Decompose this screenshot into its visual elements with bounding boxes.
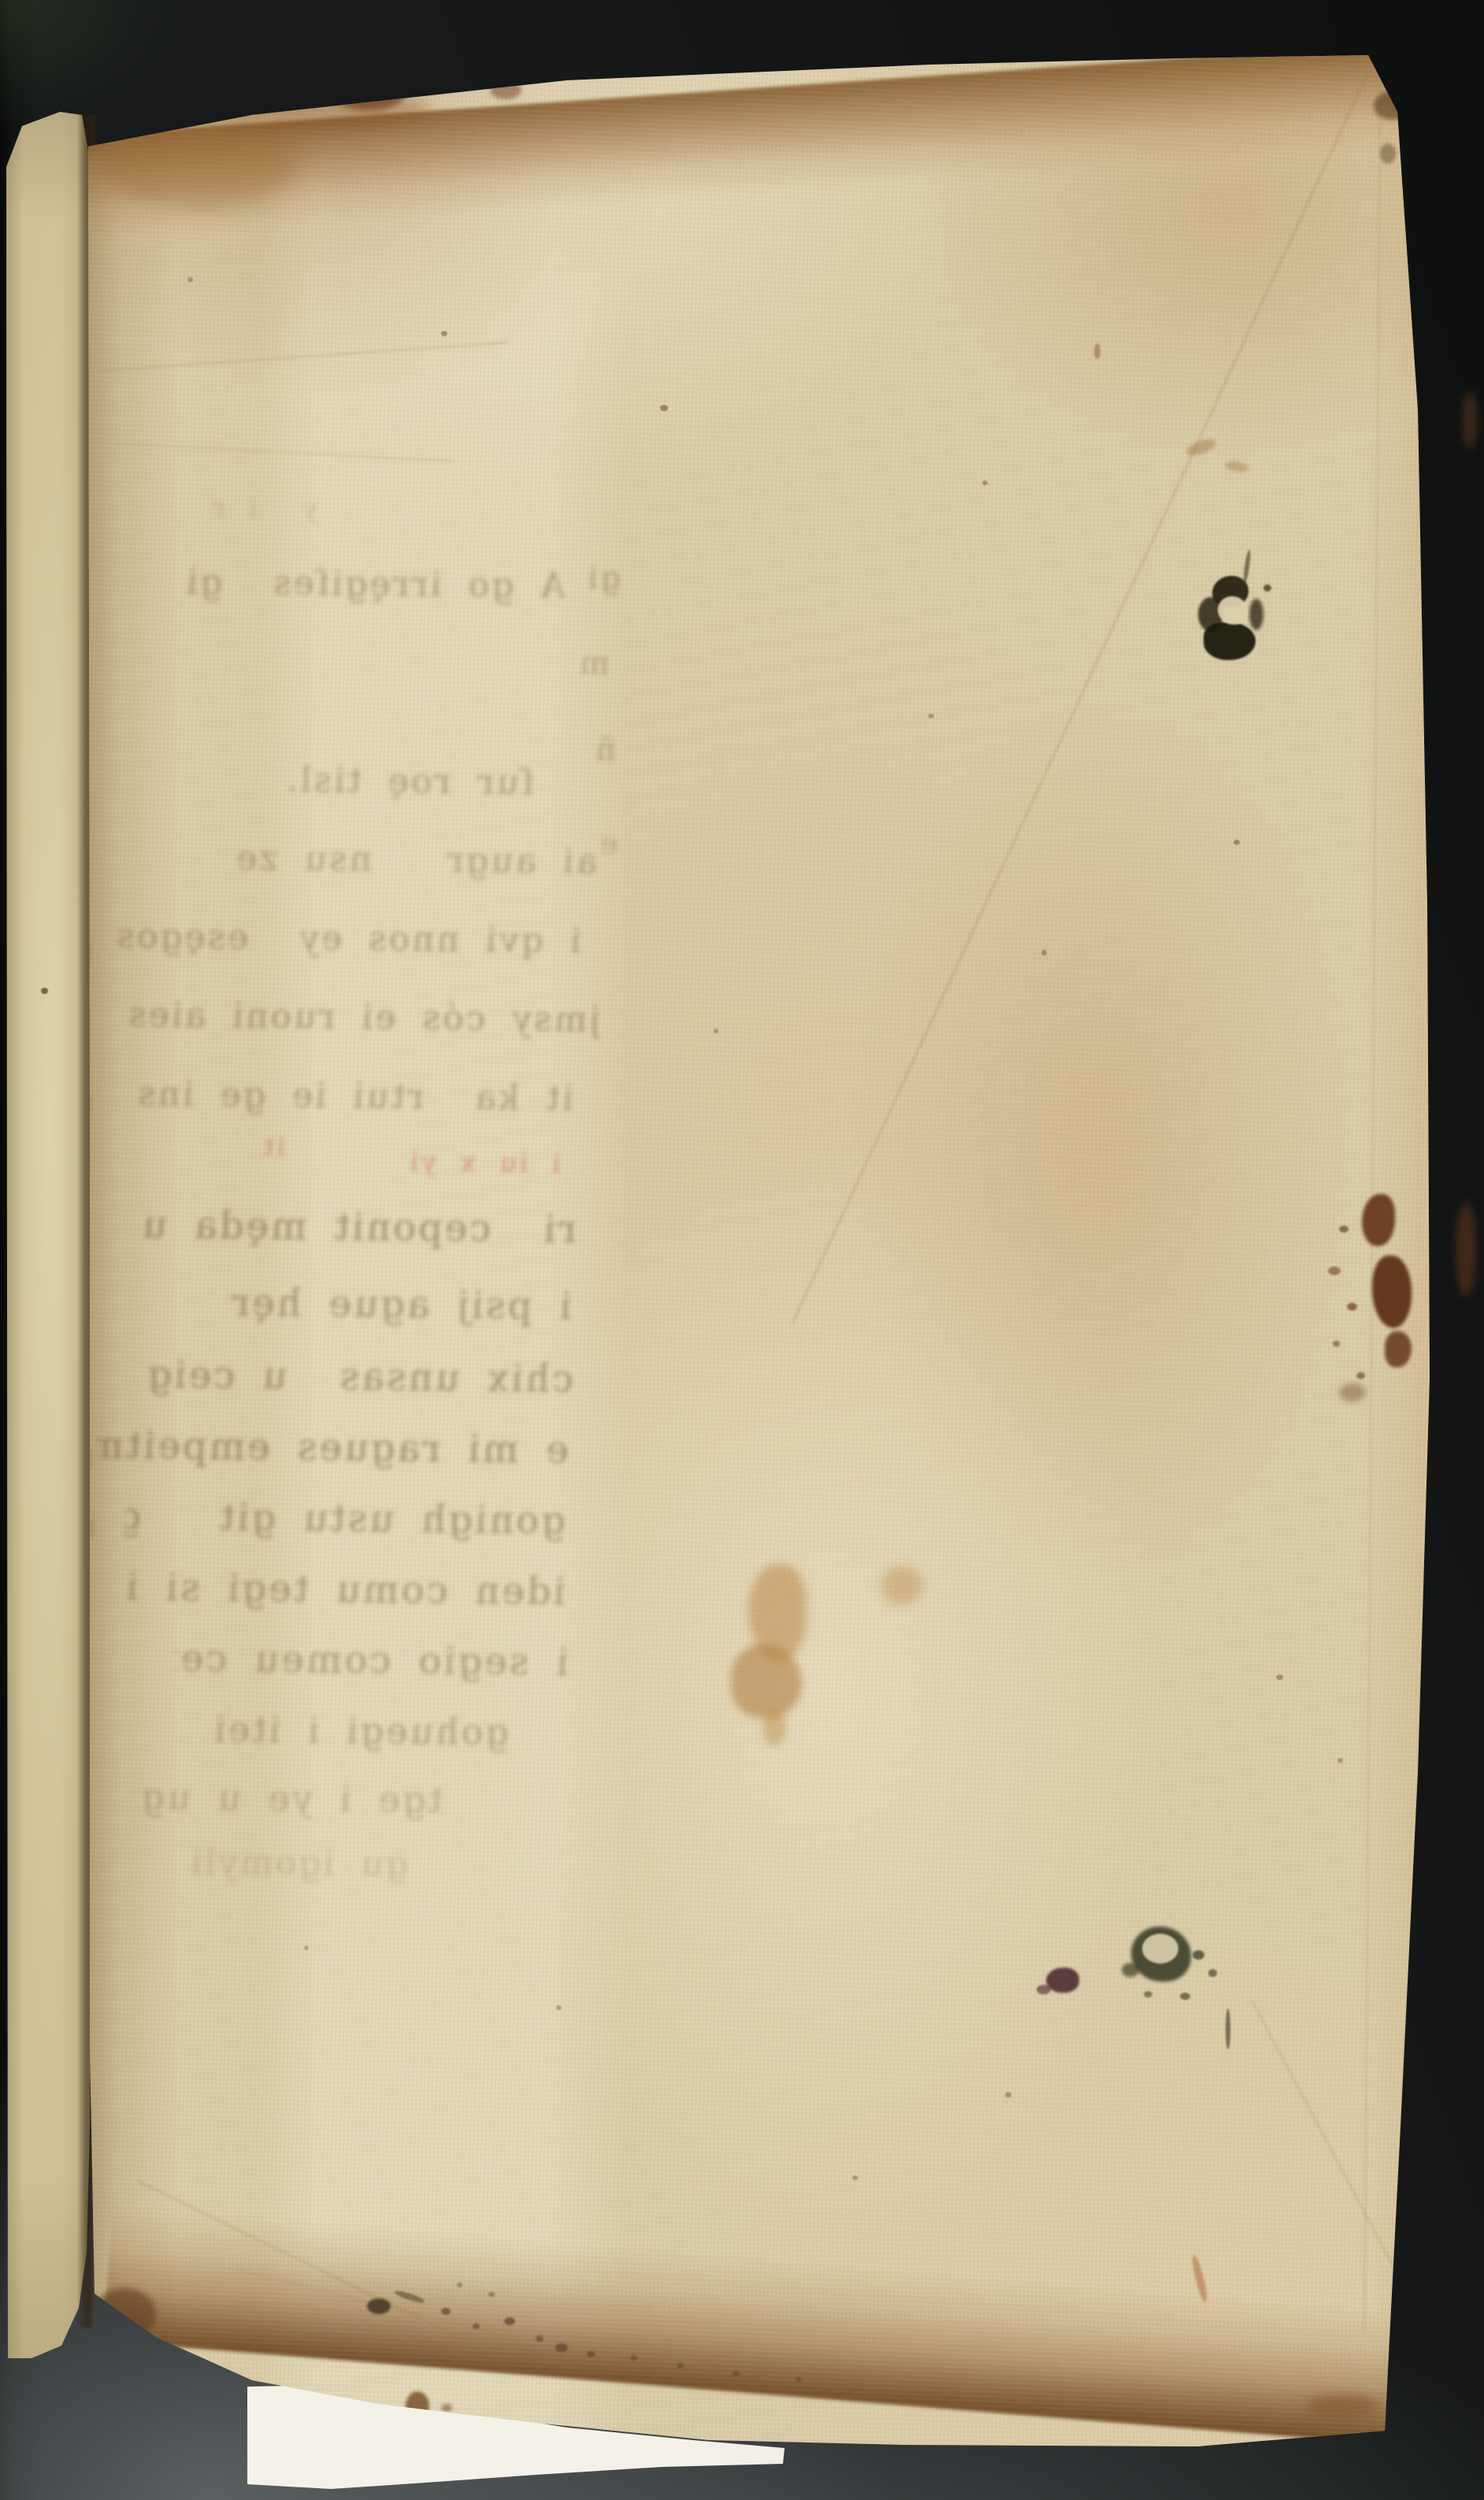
manuscript-photo: y i rA go irręgiſes giſur roę tisl.ai au… xyxy=(0,0,1484,2500)
backdrop-smear xyxy=(1456,1202,1476,1296)
fore-edge-speck xyxy=(41,988,48,994)
backdrop-smear xyxy=(1462,392,1478,449)
backdrop-marks-layer xyxy=(0,0,1484,2500)
